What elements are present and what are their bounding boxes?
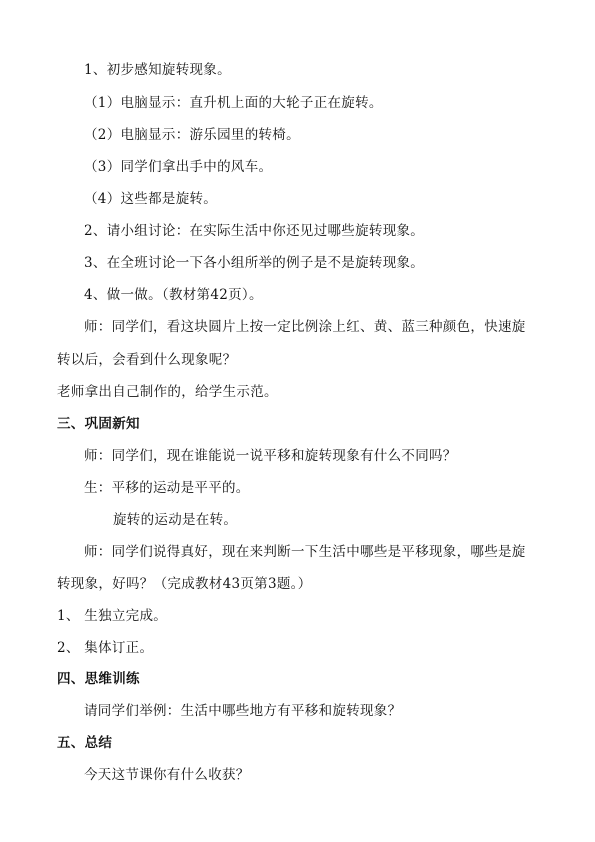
text-line: 转以后，会看到什么现象呢？	[57, 351, 236, 369]
text-line: （1）电脑显示：直升机上面的大轮子正在旋转。	[84, 94, 383, 112]
text-line: （2）电脑显示：游乐园里的转椅。	[84, 126, 300, 144]
text-line: （4）这些都是旋转。	[84, 190, 217, 208]
text-line: 师：同学们，现在谁能说一说平移和旋转现象有什么不同吗？	[84, 447, 457, 465]
text-line: 4、做一做。（教材第42页）。	[84, 286, 263, 304]
text-line: 今天这节课你有什么收获？	[84, 766, 250, 784]
text-line: 老师拿出自己制作的，给学生示范。	[57, 383, 278, 401]
text-line: 1、初步感知旋转现象。	[84, 61, 231, 79]
text-line: 转现象，好吗？（完成教材43页第3题。）	[57, 575, 312, 593]
section-heading: 三、巩固新知	[57, 415, 140, 433]
section-heading: 四、思维训练	[57, 670, 140, 688]
text-line: 3、在全班讨论一下各小组所举的例子是不是旋转现象。	[84, 254, 424, 272]
text-line: 师：同学们说得真好，现在来判断一下生活中哪些是平移现象，哪些是旋	[84, 543, 526, 561]
text-line: 生：平移的运动是平平的。	[84, 479, 250, 497]
text-line: 2、请小组讨论：在实际生活中你还见过哪些旋转现象。	[84, 222, 424, 240]
text-line: 1、 生独立完成。	[57, 607, 167, 625]
text-line: （3）同学们拿出手中的风车。	[84, 158, 272, 176]
text-line: 请同学们举例：生活中哪些地方有平移和旋转现象？	[84, 702, 401, 720]
text-line: 2、 集体订正。	[57, 639, 153, 657]
section-heading: 五、总结	[57, 734, 112, 752]
text-line: 师：同学们，看这块圆片上按一定比例涂上红、黄、蓝三种颜色，快速旋	[84, 318, 526, 336]
text-line: 旋转的运动是在转。	[113, 511, 237, 529]
